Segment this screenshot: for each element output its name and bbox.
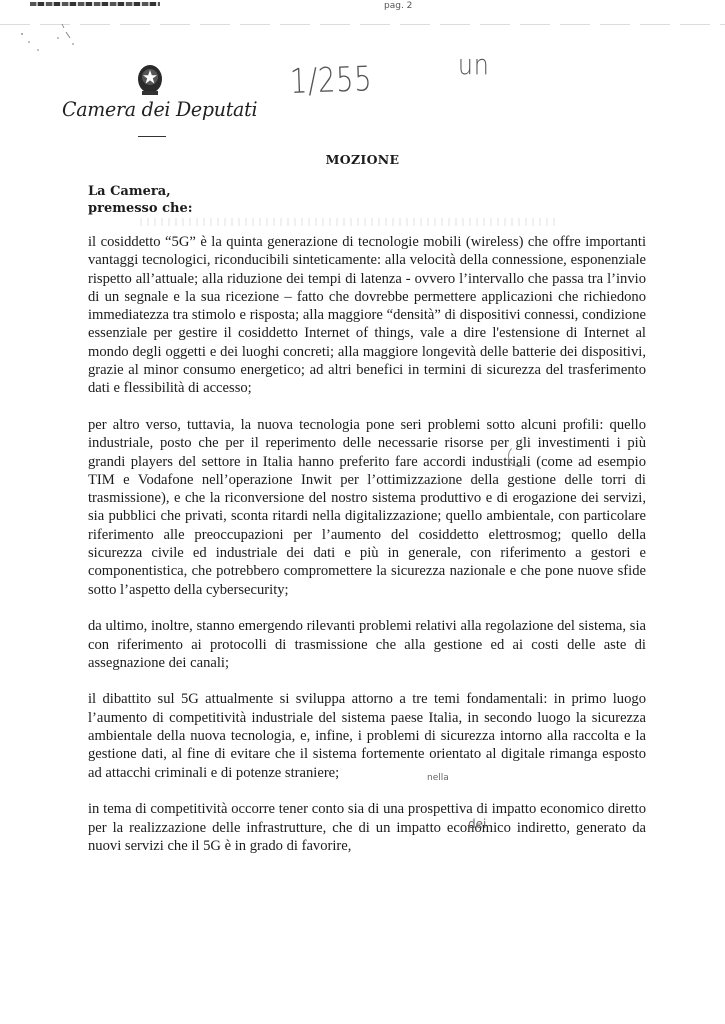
page-label: pag. 2 (384, 1, 412, 11)
paragraph: per altro verso, tuttavia, la nuova tecn… (88, 416, 646, 599)
handwritten-annotation: nella (427, 773, 449, 783)
intro-block: La Camera, premesso che: (88, 183, 193, 217)
scan-noise (140, 218, 560, 226)
document-title: MOZIONE (0, 152, 725, 167)
scan-specks (18, 20, 78, 56)
paragraph: da ultimo, inoltre, stanno emergendo ril… (88, 617, 646, 672)
handwritten-annotation: dei (468, 817, 486, 831)
intro-line-2: premesso che: (88, 200, 193, 217)
italian-republic-emblem-icon (136, 61, 164, 99)
paragraph: il dibattito sul 5G attualmente si svilu… (88, 690, 646, 781)
scan-artifact (30, 2, 160, 6)
scan-dash-line (0, 24, 725, 25)
paragraph: il cosiddetto “5G” è la quinta generazio… (88, 233, 646, 398)
institution-name: Camera dei Deputati (62, 97, 257, 121)
header-divider (138, 136, 166, 137)
document-body: il cosiddetto “5G” è la quinta generazio… (88, 233, 646, 873)
paragraph: in tema di competitività occorre tener c… (88, 800, 646, 855)
handwritten-initials: un (458, 48, 490, 81)
handwritten-circle-mark (508, 445, 530, 467)
intro-line-1: La Camera, (88, 183, 193, 200)
handwritten-protocol-number: 1/255 (289, 59, 373, 102)
